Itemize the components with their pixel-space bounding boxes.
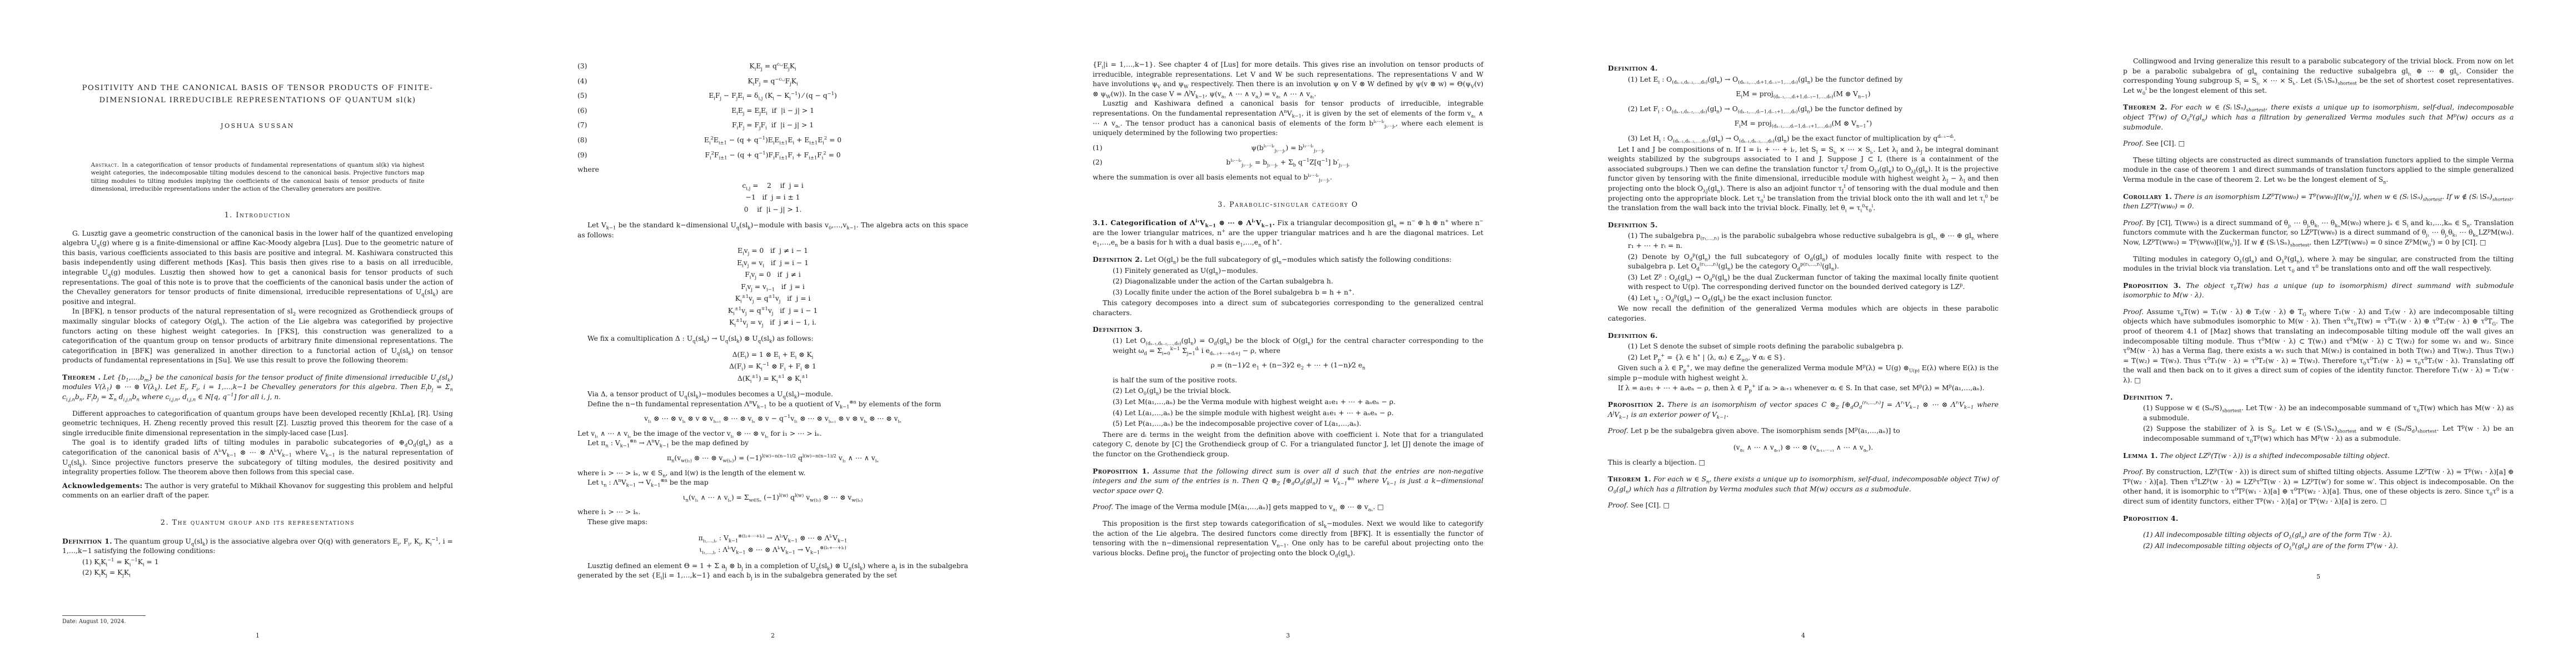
list-item: (4) Let L(a₁,…,aₙ) be the simple module … [1093,409,1483,419]
equation: (va₁ ∧ ⋯ ∧ vaᵣ₁) ⊗ ⋯ ⊗ (vaᵣ₁₊⋯₊₁ ∧ ⋯ ∧ v… [1608,443,1999,453]
paragraph: Let I and J be compositions of n. If I =… [1608,145,1999,213]
paragraph: In [BFK], n tensor products of the natur… [62,307,453,366]
equation: EiM = proj(dₖ₋₁,…,dᵢ+1,dᵢ₋₁−1,…,d₀)(M ⊗ … [1608,89,1999,99]
paragraph: Let Vk−1 be the standard k−dimensional U… [577,221,968,240]
paragraph: These tilting objects are constructed as… [2123,156,2514,185]
page-2-content: (3)KiEj = qcᵢ,ⱼEjKi(4)KiFj = q−cᵢ,ⱼFjKi(… [515,0,1030,581]
paragraph: Given such a λ ∈ Pp+, we may define the … [1608,364,1999,383]
paragraph: There are dᵢ terms in the weight from th… [1093,430,1483,460]
date-footnote: Date: August 10, 2024. [62,615,453,625]
list-item: (4) Let ιp : Odp(gln) → Od(gln) be the e… [1608,293,1999,303]
paragraph: Via Δ, a tensor product of Uq(slk)−modul… [577,390,968,400]
definition-block: Definition 4. [1608,63,1999,74]
equation: vi₁ ⊗ ⋯ ⊗ viₖ ⊗ v ⊗ viₖ₊₁ ⊗ ⋯ ⊗ viₙ ⊗ v … [577,414,968,424]
list-item: (1) Let Ei : O(dₖ₋₁,dₖ₋₂,…,d₀)(gln) → O(… [1608,75,1999,85]
equation: πn(vw(i₁) ⊗ ⋯ ⊗ vw(iₙ)) = (−1)l(w)−n(n−1… [577,454,968,464]
paragraph: This proposition is the first step towar… [1093,519,1483,558]
list-item: (1) Let O(dₖ₋₁,dₖ₋₂,…,d₀)(gln) = Od(gln)… [1093,336,1483,356]
equation: (1)ψ(bi₁⋯iᵣj₁⋯jᵣ) = bi₁⋯iᵣj₁⋯jᵣ [1093,143,1483,153]
abstract: Abstract. In a categorification of tenso… [91,161,425,193]
theorem-block: Theorem 1. For each w ∈ Sn, there exists… [1608,474,1999,494]
list-item: (2) Suppose the stabilizer of λ is Sd. L… [2123,424,2514,444]
paragraph: We now recall the definition of the gene… [1608,304,1999,323]
page-4-content: Definition 4. (1) Let Ei : O(dₖ₋₁,dₖ₋₂,…… [1546,0,2061,511]
list-item: (2) Let Pp+ = {λ ∈ h∗ | ⟨λ, αᵢ⟩ ∈ Z≥0, ∀… [1608,353,1999,363]
equation: (6)EiEj = EjEi if |i − j| > 1 [577,106,968,116]
list-item: (1) Finitely generated as U(gln)−modules… [1093,266,1483,276]
equation: Eivj = 0 if j ≠ i − 1Eivj = vi if j = i … [577,245,968,329]
paragraph: Lusztig defined an element Θ = 1 + Σ aj … [577,561,968,581]
paragraph: Define the n−th fundamental representati… [577,400,968,410]
equation: (3)KiEj = qcᵢ,ⱼEjKi [577,62,968,72]
theorem-block: Corollary 1. There is an isomorphism LZp… [2123,192,2514,212]
paragraph: Let ιn : ΛnVk−1 → Vk−1⊗n be the map [577,478,968,488]
definition-block: Definition 1. The quantum group Uq(slk) … [62,536,453,556]
list-item: (3) Locally finite under the action of t… [1093,288,1483,298]
list-item: (2) KiKj = KjKi [62,568,453,578]
paragraph: Tilting modules in category Oλ(gln) and … [2123,255,2514,274]
page-3-content: {Fi|i = 1,…,k−1}. See chapter 4 of [Lus]… [1030,0,1546,558]
list-item: (1) The subalgebra p(r₁,…,rₜ) is the par… [1608,231,1999,251]
page-5: Collingwood and Irving generalize this r… [2061,0,2576,667]
paragraph: The goal is to identify graded lifts of … [62,438,453,477]
paragraph: Let πn : Vk−1⊗n → ΛnVk−1 be the map defi… [577,439,968,449]
list-item: (2) Diagonalizable under the action of t… [1093,277,1483,287]
paragraph: Acknowledgements: The author is very gra… [62,481,453,501]
equation: (5)EiFj − FjEi = δi,j (Ki − Ki−1) ⁄ (q −… [577,91,968,101]
page-5-content: Collingwood and Irving generalize this r… [2061,0,2576,551]
proof-block: Proof. By construction, LZp(T(w · λ)) is… [2123,467,2514,506]
definition-block: Definition 7. [2123,392,2514,403]
paragraph: Different approaches to categorification… [62,409,453,439]
list-item: (3) Let Hi : O(dₖ₋₁,dₖ₋₂,…,d₀)(gln) → O(… [1608,134,1999,144]
list-item: (5) Let P(a₁,…,aₙ) be the indecomposable… [1093,419,1483,429]
page-number: 4 [1546,632,2061,639]
paragraph: 3.1. Categorification of Λi₁Vk−1 ⊗ ⋯ ⊗ Λ… [1093,218,1483,248]
list-item: (2) Let Fi : O(dₖ₋₁,dₖ₋₂,…,d₀)(gln) → O(… [1608,104,1999,115]
page-number: 5 [2061,573,2576,580]
paragraph: where i₁ > ⋯ > iₙ. [577,507,968,517]
equation: (2)bi₁⋯iᵣj₁⋯jᵣ = bj₁⋯jᵣ + Σb q−1Z[q−1] b… [1093,158,1483,168]
paragraph: G. Lusztig gave a geometric construction… [62,229,453,307]
footnote-rule [62,615,146,616]
proof-block: Proof. By [CI], T(ww₀) is a direct summa… [2123,218,2514,248]
page-2: (3)KiEj = qcᵢ,ⱼEjKi(4)KiFj = q−cᵢ,ⱼFjKi(… [515,0,1030,667]
paragraph: Lusztig and Kashiwara defined a canonica… [1093,99,1483,138]
section-heading: 2. The quantum group and its representat… [62,517,453,527]
paragraph: where i₁ > ⋯ > iₙ, w ∈ Sn, and l(w) is t… [577,469,968,479]
theorem-block: Proposition 1. Assume that the following… [1093,466,1483,496]
proof-block: Proof. Let p be the subalgebra given abo… [1608,426,1999,436]
paragraph: If λ = a₁e₁ + ⋯ + aₙeₙ − ρ, then λ ∈ Pp+… [1608,384,1999,394]
paragraph: This is clearly a bijection. □ [1608,458,1999,468]
equation: Δ(Ei) = 1 ⊗ Ei + Ei ⊗ KiΔ(Fi) = Ki−1 ⊗ F… [577,349,968,385]
equation: ρ = (n−1)⁄2 e1 + (n−3)⁄2 e2 + ⋯ + (1−n)⁄… [1093,361,1483,371]
list-item: (1) KiKi−1 = Ki−1Ki = 1 [62,558,453,568]
list-item: (2) All indecomposable tilting objects o… [2123,541,2514,551]
theorem-block: Theorem 2. For each w ∈ (Sᵢ∖Sₙ)shortest,… [2123,102,2514,132]
theorem-block: Theorem . Let {b1,…,bm} be the canonical… [62,372,453,402]
paragraph: where the summation is over all basis el… [1093,173,1483,183]
paragraph: This category decomposes into a direct s… [1093,298,1483,318]
page-number: 2 [515,632,1030,639]
paragraph: {Fi|i = 1,…,k−1}. See chapter 4 of [Lus]… [1093,60,1483,99]
equation: (4)KiFj = q−cᵢ,ⱼFjKi [577,77,968,87]
list-item: (3) Let M(a₁,…,aₙ) be the Verma module w… [1093,397,1483,407]
proof-block: Proof. Assume τ0T(w) = T₁(w · λ) ⊕ T₂(w … [2123,307,2514,386]
page-number: 3 [1030,632,1546,639]
list-item: is half the sum of the positive roots. [1093,376,1483,386]
page-1: POSITIVITY AND THE CANONICAL BASIS OF TE… [0,0,515,667]
paragraph: where [577,165,968,175]
paragraph: We fix a comultiplication Δ : Uq(slk) → … [577,334,968,344]
paper-author: JOSHUA SUSSAN [62,121,453,131]
proof-block: Proof. See [CI]. □ [1608,501,1999,511]
equation: (7)FiFj = FjFi if |i − j| > 1 [577,121,968,131]
page-1-content: POSITIVITY AND THE CANONICAL BASIS OF TE… [0,0,515,578]
theorem-block: Proposition 2. There is an isomorphism o… [1608,400,1999,420]
section-heading: 3. Parabolic-singular category O [1093,200,1483,210]
list-item: (1) Let S denote the subset of simple ro… [1608,342,1999,352]
document-canvas: arXiv:0804.2034v1 [math.QA] 12 Apr 2008 … [0,0,2576,667]
equation: ci,j = 2 if j = i−1 if j = i ± 10 if |i … [577,180,968,216]
proof-block: Proof. See [CI]. □ [2123,139,2514,149]
list-item: (1) All indecomposable tilting objects o… [2123,530,2514,540]
page-3: {Fi|i = 1,…,k−1}. See chapter 4 of [Lus]… [1030,0,1546,667]
equation: πi₁,…,iᵣ : Vk−1⊗(i₁+⋯+iᵣ) → Λi₁Vk−1 ⊗ ⋯ … [577,532,968,556]
paragraph: Let vi₁ ∧ ⋯ ∧ viₙ be the image of the ve… [577,429,968,439]
equation: FiM = proj(dₖ₋₁,…,dᵢ−1,dᵢ₋₁+1,…,d₀)(M ⊗ … [1608,119,1999,129]
list-item: (2) Denote by Odp(gln) the full subcateg… [1608,252,1999,272]
list-item: (1) Suppose w ∈ (Sₙ∕S)shortest. Let T(w … [2123,404,2514,423]
theorem-block: Proposition 4. [2123,514,2514,524]
list-item: (3) Let Zp : Od(gln) → Odp(gln) be the d… [1608,273,1999,292]
definition-block: Definition 6. [1608,331,1999,341]
definition-block: Definition 2. Let O(gln) be the full sub… [1093,255,1483,265]
theorem-block: Lemma 1. The object LZp(T(w · λ)) is a s… [2123,451,2514,461]
paragraph: These give maps: [577,517,968,527]
list-item: (2) Let O0(gln) be the trivial block. [1093,386,1483,396]
theorem-block: Proposition 3. The object τ0T(w) has a u… [2123,281,2514,301]
page-number: 1 [0,632,515,639]
proof-block: Proof. The image of the Verma module [M(… [1093,502,1483,512]
equation: (8)Ei2Ei±1 − (q + q−1)EiEi±1Ei + Ei±1Ei2… [577,136,968,146]
paper-title: POSITIVITY AND THE CANONICAL BASIS OF TE… [62,82,453,107]
section-heading: 1. Introduction [62,210,453,220]
equation: (9)Fi2Fi±1 − (q + q−1)FiFi±1Fi + Fi±1Fi2… [577,151,968,161]
page-4: Definition 4. (1) Let Ei : O(dₖ₋₁,dₖ₋₂,…… [1546,0,2061,667]
definition-block: Definition 3. [1093,325,1483,335]
equation: ιn(vi₁ ∧ ⋯ ∧ viₙ) = Σw∈Sₙ (−1)l(w) ql(w)… [577,493,968,503]
paragraph: Collingwood and Irving generalize this r… [2123,57,2514,96]
definition-block: Definition 5. [1608,220,1999,231]
